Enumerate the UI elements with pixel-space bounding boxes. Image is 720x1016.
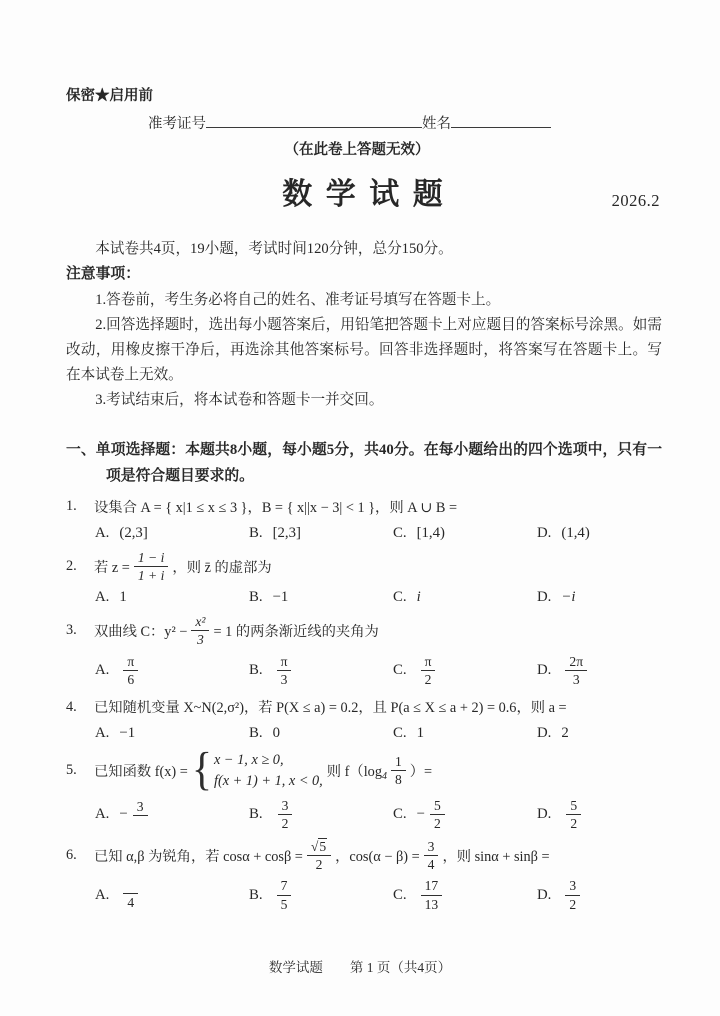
fraction: 52	[430, 798, 445, 831]
option-b: B.π3	[249, 654, 393, 687]
fraction-numerator: π	[123, 654, 138, 671]
note-item-3: 3.考试结束后，将本试卷和答题卡一并交回。	[66, 388, 662, 413]
option-label: C.	[393, 725, 407, 742]
fraction-numerator: 2π	[565, 654, 587, 671]
question-4: 4. 已知随机变量 X~N(2,σ²)，若 P(X ≤ a) = 0.2，且 P…	[66, 695, 662, 742]
stem-text: ，则 sinα + sinβ =	[442, 846, 549, 866]
footer-doc-title: 数学试题	[269, 960, 323, 975]
option-c: C.1	[393, 725, 537, 742]
option-b: B.[2,3]	[249, 525, 393, 542]
option-label: D.	[537, 806, 551, 823]
option-d: D.2π3	[537, 654, 662, 687]
fraction: 3 4	[424, 839, 439, 872]
fraction-denominator: 3	[191, 631, 209, 647]
question-number: 3.	[66, 622, 94, 639]
fraction-denominator: 4	[424, 856, 439, 872]
option-d: D.(1,4)	[537, 525, 662, 542]
fraction-denominator: 4	[123, 894, 138, 910]
option-value: 1	[119, 589, 126, 606]
case-line-1: x − 1, x ≥ 0,	[214, 750, 323, 771]
fraction-numerator: 3	[565, 878, 580, 895]
fraction-numerator: x²	[191, 614, 209, 631]
page-footer: 数学试题第 1 页（共4页）	[0, 956, 720, 976]
option-a: A.1	[95, 589, 249, 606]
question-stem: 4. 已知随机变量 X~N(2,σ²)，若 P(X ≤ a) = 0.2，且 P…	[66, 695, 662, 719]
fraction-denominator	[133, 816, 148, 830]
question-3: 3. 双曲线 C：y² − x² 3 = 1 的两条渐近线的夹角为 A.π6 B…	[66, 614, 662, 687]
fraction-numerator: 3	[424, 839, 439, 856]
question-1: 1. 设集合 A = { x|1 ≤ x ≤ 3 }，B = { x||x − …	[66, 495, 662, 542]
note-item-1: 1.答卷前，考生务必将自己的姓名、准考证号填写在答题卡上。	[66, 288, 662, 313]
question-5: 5. 已知函数 f(x) = { x − 1, x ≥ 0, f(x + 1) …	[66, 750, 662, 831]
case-line-2: f(x + 1) + 1, x < 0,	[214, 771, 323, 792]
piecewise-brace: {	[192, 750, 212, 792]
option-a: A.−3	[95, 799, 249, 830]
fraction-denominator: 3	[565, 671, 587, 687]
fraction-denominator: 13	[421, 896, 443, 912]
question-number: 5.	[66, 762, 94, 779]
option-label: A.	[95, 525, 109, 542]
option-label: A.	[95, 589, 109, 606]
fraction-numerator: π	[421, 654, 436, 671]
fraction: 4	[123, 880, 138, 911]
question-stem: 2. 若 z = 1 − i 1 + i ，则 z̄ 的虚部为	[66, 550, 662, 583]
option-label: A.	[95, 725, 109, 742]
option-label: B.	[249, 525, 263, 542]
invalid-answer-notice: （在此卷上答题无效）	[66, 138, 662, 159]
stem-text: 已知随机变量 X~N(2,σ²)，若 P(X ≤ a) = 0.2，且 P(a …	[94, 697, 567, 717]
option-a: A.−1	[95, 725, 249, 742]
fraction-denominator: 3	[277, 671, 292, 687]
option-c: C.π2	[393, 654, 537, 687]
option-value: −1	[119, 725, 135, 742]
option-label: C.	[393, 887, 407, 904]
security-notice: 保密★启用前	[66, 84, 662, 105]
options-row: A.π6 B.π3 C.π2 D.2π3	[66, 654, 662, 687]
option-value: −1	[273, 589, 289, 606]
fraction-denominator: 2	[307, 856, 331, 872]
question-stem: 1. 设集合 A = { x|1 ≤ x ≤ 3 }，B = { x||x − …	[66, 495, 662, 519]
options-row: A.1 B.−1 C.i D.−i	[66, 589, 662, 606]
name-blank	[451, 114, 551, 128]
stem-text: = 1 的两条渐近线的夹角为	[213, 621, 378, 641]
fraction: π6	[123, 654, 138, 687]
question-number: 2.	[66, 558, 94, 575]
option-d: D.52	[537, 798, 662, 831]
option-b: B.75	[249, 878, 393, 911]
fraction-numerator: 1 − i	[134, 550, 169, 567]
stem-text: 若 z =	[94, 557, 130, 577]
note-item-2: 2.回答选择题时，选出每小题答案后，用铅笔把答题卡上对应题目的答案标号涂黑。如需…	[66, 313, 662, 388]
option-label: B.	[249, 662, 263, 679]
question-stem: 6. 已知 α,β 为锐角，若 cosα + cosβ = √5 2 ，cos(…	[66, 839, 662, 872]
option-label: C.	[393, 662, 407, 679]
stem-text: 已知函数 f(x) =	[94, 761, 188, 781]
fraction: 32	[565, 878, 580, 911]
option-label: B.	[249, 589, 263, 606]
option-label: D.	[537, 887, 551, 904]
fraction-denominator: 2	[566, 815, 581, 831]
radicand: 5	[318, 838, 327, 854]
question-6: 6. 已知 α,β 为锐角，若 cosα + cosβ = √5 2 ，cos(…	[66, 839, 662, 912]
stem-text: ，cos(α − β) =	[335, 846, 420, 866]
fraction-numerator: 1	[391, 754, 406, 771]
option-c: C.−52	[393, 798, 537, 831]
option-a: A.π6	[95, 654, 249, 687]
option-label: B.	[249, 806, 263, 823]
fraction-numerator: √5	[307, 839, 331, 856]
option-a: A.4	[95, 880, 249, 911]
exam-title: 数 学 试 题	[66, 175, 662, 215]
exam-paper-page: 保密★启用前 准考证号姓名 （在此卷上答题无效） 数 学 试 题 2026.2 …	[0, 0, 720, 1016]
option-b: B.−1	[249, 589, 393, 606]
question-number: 1.	[66, 498, 94, 515]
fraction: √5 2	[307, 839, 331, 872]
log-base-subscript: 4	[382, 771, 387, 782]
fraction-numerator: 7	[277, 878, 292, 895]
fraction: 3	[133, 799, 148, 830]
option-label: A.	[95, 887, 109, 904]
question-number: 6.	[66, 847, 94, 864]
question-stem: 5. 已知函数 f(x) = { x − 1, x ≥ 0, f(x + 1) …	[66, 750, 662, 791]
option-label: B.	[249, 725, 263, 742]
fraction-denominator: 2	[565, 896, 580, 912]
footer-page-number: 第 1 页（共4页）	[350, 960, 451, 975]
option-value: 2	[561, 725, 568, 742]
option-label: D.	[537, 525, 551, 542]
stem-text: 双曲线 C：y² −	[94, 621, 187, 641]
notes-title: 注意事项：	[66, 262, 662, 287]
fraction-denominator: 8	[391, 771, 406, 787]
option-b: B.0	[249, 725, 393, 742]
fraction-denominator: 1 + i	[134, 567, 169, 583]
name-label: 姓名	[422, 116, 451, 132]
fraction-numerator: 3	[278, 798, 293, 815]
fraction-numerator: π	[277, 654, 292, 671]
option-label: D.	[537, 725, 551, 742]
option-label: A.	[95, 662, 109, 679]
stem-text: 设集合 A = { x|1 ≤ x ≤ 3 }，B = { x||x − 3| …	[94, 497, 457, 517]
candidate-info-line: 准考证号姓名	[148, 112, 662, 133]
fraction-denominator: 2	[421, 671, 436, 687]
option-value: −i	[561, 589, 575, 606]
stem-text: ，则 z̄ 的虚部为	[172, 557, 271, 577]
option-label: C.	[393, 589, 407, 606]
option-label: B.	[249, 887, 263, 904]
option-value: 1	[417, 725, 424, 742]
option-value: [1,4)	[417, 525, 445, 542]
question-2: 2. 若 z = 1 − i 1 + i ，则 z̄ 的虚部为 A.1 B.−1…	[66, 550, 662, 606]
question-number: 4.	[66, 699, 94, 716]
option-label: C.	[393, 525, 407, 542]
fraction: π3	[277, 654, 292, 687]
options-row: A.4 B.75 C.1713 D.32	[66, 878, 662, 911]
option-a: A.(2,3]	[95, 525, 249, 542]
fraction: 52	[566, 798, 581, 831]
fraction-numerator: 3	[133, 799, 148, 816]
fraction-numerator: 5	[430, 798, 445, 815]
option-value: (2,3]	[119, 525, 147, 542]
fraction-numerator: 5	[566, 798, 581, 815]
fraction: x² 3	[191, 614, 209, 647]
fraction-numerator: 17	[421, 878, 443, 895]
options-row: A.−1 B.0 C.1 D.2	[66, 725, 662, 742]
fraction: π2	[421, 654, 436, 687]
fraction: 2π3	[565, 654, 587, 687]
options-row: A.(2,3] B.[2,3] C.[1,4) D.(1,4)	[66, 525, 662, 542]
option-b: B.32	[249, 798, 393, 831]
fraction-denominator: 6	[123, 671, 138, 687]
fraction-denominator: 2	[430, 815, 445, 831]
piecewise-cases: x − 1, x ≥ 0, f(x + 1) + 1, x < 0,	[214, 750, 323, 791]
fraction: 1 − i 1 + i	[134, 550, 169, 583]
option-d: D.32	[537, 878, 662, 911]
fraction: 1713	[421, 878, 443, 911]
option-d: D.−i	[537, 589, 662, 606]
fraction: 1 8	[391, 754, 406, 787]
option-value: 0	[273, 725, 280, 742]
fraction-numerator	[123, 880, 138, 895]
minus-sign: −	[417, 806, 425, 823]
stem-text: 已知 α,β 为锐角，若 cosα + cosβ =	[94, 846, 303, 866]
option-c: C.[1,4)	[393, 525, 537, 542]
exam-number-blank	[206, 114, 422, 128]
options-row: A.−3 B.32 C.−52 D.52	[66, 798, 662, 831]
option-value: i	[417, 589, 421, 606]
option-value: (1,4)	[561, 525, 589, 542]
question-stem: 3. 双曲线 C：y² − x² 3 = 1 的两条渐近线的夹角为	[66, 614, 662, 647]
fraction: 75	[277, 878, 292, 911]
minus-sign: −	[119, 806, 127, 823]
option-label: A.	[95, 806, 109, 823]
stem-text: ）=	[410, 761, 432, 781]
option-label: C.	[393, 806, 407, 823]
fraction-denominator: 5	[277, 896, 292, 912]
title-row: 数 学 试 题 2026.2	[66, 175, 662, 215]
section-heading: 一、单项选择题：本题共8小题，每小题5分，共40分。在每小题给出的四个选项中，只…	[66, 438, 662, 490]
option-label: D.	[537, 589, 551, 606]
option-c: C.1713	[393, 878, 537, 911]
option-c: C.i	[393, 589, 537, 606]
exam-summary: 本试卷共4页，19小题，考试时间120分钟，总分150分。	[66, 237, 662, 262]
fraction: 32	[278, 798, 293, 831]
question-list: 1. 设集合 A = { x|1 ≤ x ≤ 3 }，B = { x||x − …	[66, 495, 662, 912]
stem-text: 则 f（log	[327, 761, 382, 781]
option-d: D.2	[537, 725, 662, 742]
exam-date: 2026.2	[612, 191, 660, 211]
exam-number-label: 准考证号	[148, 116, 206, 132]
fraction-denominator: 2	[278, 815, 293, 831]
option-label: D.	[537, 662, 551, 679]
option-value: [2,3]	[273, 525, 301, 542]
